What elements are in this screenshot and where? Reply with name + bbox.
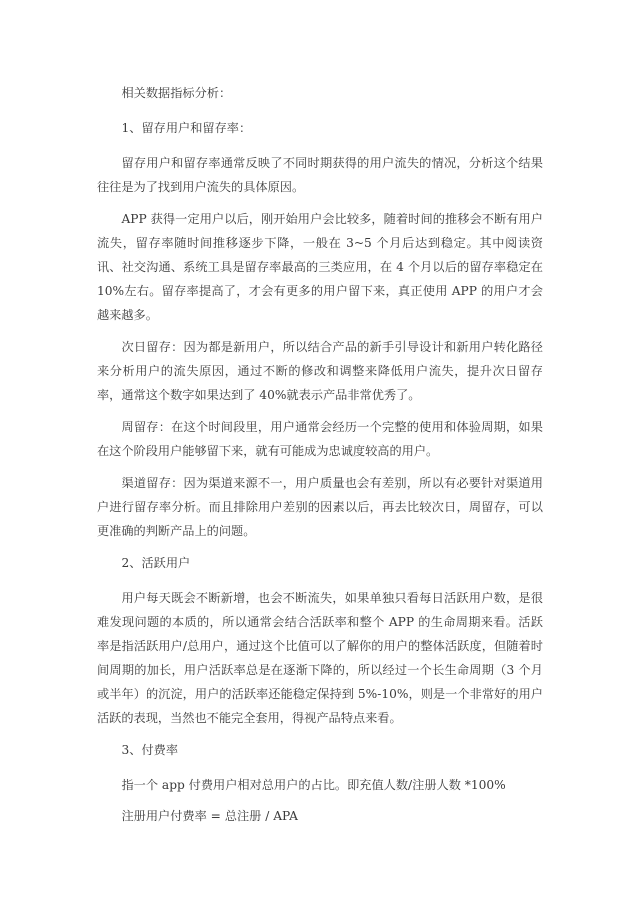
paragraph: 周留存：在这个时间段里，用户通常会经历一个完整的使用和体验周期，如果在这个阶段用… (97, 415, 543, 463)
paragraph: APP 获得一定用户以后，刚开始用户会比较多，随着时间的推移会不断有用户流失，留… (97, 207, 543, 327)
paragraph: 渠道留存：因为渠道来源不一，用户质量也会有差别，所以有必要针对渠道用户进行留存率… (97, 471, 543, 543)
section-heading-retention: 1、留存用户和留存率： (97, 116, 543, 140)
section-heading-active-users: 2、活跃用户 (97, 551, 543, 575)
paragraph-definition: 指一个 app 付费用户相对总用户的占比。即充值人数/注册人数 *100% (97, 773, 543, 797)
paragraph: 用户每天既会不断新增，也会不断流失，如果单独只看每日活跃用户数，是很难发现问题的… (97, 586, 543, 730)
paragraph: 次日留存：因为都是新用户，所以结合产品的新手引导设计和新用户转化路径来分析用户的… (97, 335, 543, 407)
document-page: 相关数据指标分析： 1、留存用户和留存率： 留存用户和留存率通常反映了不同时期获… (97, 81, 543, 835)
section-heading-pay-rate: 3、付费率 (97, 738, 543, 762)
paragraph-formula: 注册用户付费率 = 总注册 / APA (97, 804, 543, 828)
paragraph: 留存用户和留存率通常反映了不同时期获得的用户流失的情况，分析这个结果往往是为了找… (97, 151, 543, 199)
document-title: 相关数据指标分析： (97, 81, 543, 105)
